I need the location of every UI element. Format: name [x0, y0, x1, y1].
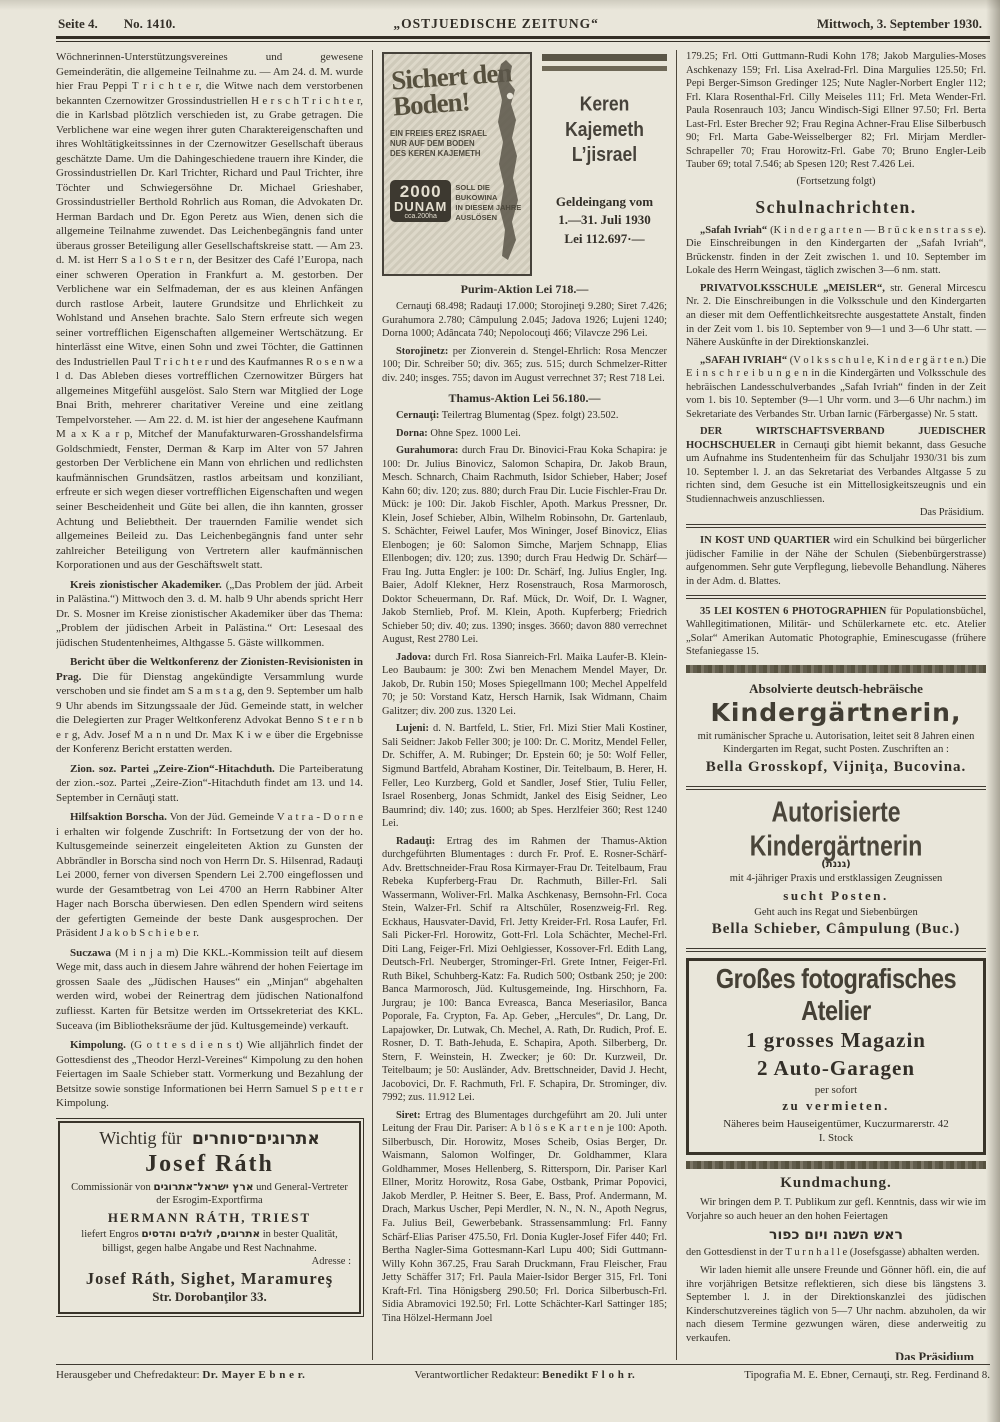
- article-lead: Jadova:: [396, 652, 431, 663]
- article-akademiker: Kreis zionistischer Akademiker. („Das Pr…: [56, 578, 363, 651]
- signature-praesidium: Das Präsidium.: [686, 507, 984, 518]
- divider-bar: [542, 66, 667, 71]
- article-wirtschaftsverband: DER WIRTSCHAFTSVERBAND JUEDISCHER HOCHSC…: [686, 425, 986, 506]
- kundmachung-paragraph3: Wir laden hiemit alle unsere Freunde und…: [686, 1264, 986, 1345]
- ad-keren-kajemeth: Sichert den Boden! EIN FREIES EREZ ISRAE…: [382, 52, 667, 276]
- ad-sucht-posten: sucht Posten.: [686, 888, 986, 904]
- notice-photo-atelier: 35 LEI KOSTEN 6 PHOTOGRAPHIEN für Popula…: [686, 605, 986, 659]
- article-text: Teilertrag Blumentag (Spez. folgt) 23.50…: [442, 410, 619, 421]
- ad-josef-rath: Wichtig für אתרוגים־סוחרים Josef Ráth Co…: [58, 1121, 361, 1315]
- divider-bar: [686, 665, 986, 673]
- ad-item-magazin: 1 grosses Magazin: [695, 1027, 977, 1054]
- ad-wichtig-text: Wichtig für: [99, 1128, 182, 1149]
- ad-merchant-name: Josef Ráth: [68, 1151, 351, 1178]
- imprint-editor: Verantwortlicher Redakteur: Benedikt F l…: [415, 1369, 636, 1381]
- article-dorna: Dorna: Ohne Spez. 1000 Lei.: [382, 427, 667, 441]
- article-lead: „SAFAH IVRIAH“: [700, 355, 787, 366]
- ad-title: Großes fotografisches Atelier: [695, 963, 977, 1028]
- article-lead: Kimpolung.: [70, 1039, 126, 1051]
- article-safah-kindergarten: „Safah Ivriah“ (K i n d e r g a r t e n …: [686, 224, 986, 278]
- article-text: 179.25; Frl. Otti Guttmann-Rudi Kohn 178…: [686, 51, 986, 170]
- ad-body: mit 4-jähriger Praxis und erstklassigen …: [688, 872, 984, 886]
- article-lead: Kreis zionistischer Akademiker.: [70, 579, 222, 591]
- imprint-printer: Tipografia M. E. Ebner, Cernauţi, str. R…: [744, 1369, 990, 1381]
- heading-schulnachrichten: Schulnachrichten.: [686, 197, 986, 218]
- heading-kundmachung: Kundmachung.: [686, 1175, 986, 1192]
- continuation-note: (Fortsetzung folgt): [686, 176, 986, 187]
- article-cernauti: Cernauţi: Teilertrag Blumentag (Spez. fo…: [382, 409, 667, 423]
- ad-address-line1: Näheres beim Hauseigentümer, Kuczurmarer…: [723, 1118, 949, 1130]
- signature-line1: Das Präsidium: [895, 1350, 974, 1360]
- imprint-name: Dr. Mayer E b n e r.: [202, 1369, 305, 1381]
- article-kimpolung: Kimpolung. (G o t t e s d i e n s t) Wie…: [56, 1038, 363, 1111]
- ad-per-sofort: per sofort: [695, 1084, 977, 1096]
- column-middle: Sichert den Boden! EIN FREIES EREZ ISRAE…: [372, 50, 676, 1360]
- ad-body: mit rumänischer Sprache u. Autorisation,…: [688, 730, 984, 757]
- ad-qualifier: Absolvierte deutsch-hebräische: [686, 681, 986, 697]
- article-lead: Siret:: [396, 1110, 421, 1121]
- article-siret-continuation: 179.25; Frl. Otti Guttmann-Rudi Kohn 178…: [686, 50, 986, 172]
- hebrew-esrogim-lulavim-text: אתרוגים, לולבים והדסים: [141, 1228, 260, 1240]
- article-lead: „Safah Ivriah“: [700, 225, 767, 236]
- ad-boden-bottom: 2000 DUNAM cca.200ha SOLL DIE BUKOWINA I…: [390, 180, 524, 222]
- israel-map-silhouette-icon: [488, 60, 522, 265]
- ad-commission-line: Commissionär von ארץ ישראל־אתרוגים und G…: [68, 1181, 351, 1208]
- article-jadova: Jadova: durch Frl. Rosa Sianreich-Frl. M…: [382, 651, 667, 719]
- article-weltkonferenz: Bericht über die Weltkonferenz der Zioni…: [56, 655, 363, 757]
- badge-number: 2000: [394, 183, 447, 200]
- hebrew-esrogim-dealers-text: אתרוגים־סוחרים: [192, 1129, 320, 1149]
- imprint-label: Verantwortlicher Redakteur:: [415, 1369, 540, 1381]
- issue-number: No. 1410.: [124, 16, 176, 32]
- ad-address-line2: I. Stock: [819, 1132, 853, 1144]
- ad-title: Autorisierte Kindergärtnerin: [686, 795, 986, 863]
- issue-date: Mittwoch, 3. September 1930.: [817, 16, 982, 32]
- article-gurahumora: Gurahumora: durch Frau Dr. Binovici-Frau…: [382, 444, 667, 647]
- article-lead: Gurahumora:: [396, 445, 458, 456]
- columns: Wöchnerinnen-Unterstützungsvereines und …: [0, 42, 1000, 1360]
- ad-fotografisches-atelier: Großes fotografisches Atelier 1 grosses …: [686, 958, 986, 1155]
- article-text: Die für Dienstag angekündigte Versammlun…: [56, 671, 363, 756]
- article-text: Wöchnerinnen-Unterstützungsvereines und …: [56, 51, 363, 571]
- article-suczawa: Suczawa (M i n j a m) Die KKL.-Kommissio…: [56, 946, 363, 1033]
- article-radauti: Radauţi: Ertrag des im Rahmen der Thamus…: [382, 835, 667, 1105]
- ad-sichert-den-boden: Sichert den Boden! EIN FREIES EREZ ISRAE…: [382, 52, 532, 276]
- newspaper-title: „OSTJUEDISCHE ZEITUNG“: [393, 16, 598, 32]
- article-storojinetz: Storojinetz: per Zionverein d. Stengel-E…: [382, 345, 667, 386]
- notice-lead: IN KOST UND QUARTIER: [700, 535, 830, 546]
- article-text: Wir bringen dem P. T. Publikum zur gefl.…: [686, 1197, 986, 1222]
- ad-contact-name: Josef Ráth, Sighet, Maramureş: [68, 1269, 351, 1289]
- ad-contact: Bella Grosskopf, Vijniţa, Bucovina.: [686, 759, 986, 776]
- article-lead: Suczawa: [70, 947, 111, 959]
- article-lead: Lujeni:: [396, 723, 429, 734]
- masthead: Seite 4. No. 1410. „OSTJUEDISCHE ZEITUNG…: [0, 0, 1000, 36]
- article-text: Von der Jüd. Gemeinde V a t r a - D o r …: [56, 811, 363, 939]
- badge-area: cca.200ha: [394, 213, 447, 220]
- column-left: Wöchnerinnen-Unterstützungsvereines und …: [56, 50, 372, 1360]
- article-siret: Siret: Ertrag des Blumentages durchgefüh…: [382, 1109, 667, 1325]
- article-text: Ertrag des im Rahmen der Thamus-Aktion d…: [382, 836, 667, 1104]
- article-text: Cernauţi 68.498; Radauţi 17.000; Storoji…: [382, 301, 667, 339]
- ad-kkl-receipts: Geldeingang vom 1.—31. Juli 1930 Lei 112…: [542, 193, 667, 250]
- ad-kkl-title: Keren Kajemeth L’jisrael: [542, 92, 667, 167]
- ad-text: Commissionär von: [71, 1182, 151, 1193]
- article-zeire-zion: Zion. soz. Partei „Zeire-Zion“-Hitachdut…: [56, 762, 363, 806]
- article-text: Ertrag des Blumentages durchgeführt am 2…: [382, 1110, 667, 1324]
- article-text: durch Frau Dr. Binovici-Frau Koka Schapi…: [382, 445, 667, 645]
- ad-title: Kindergärtnerin,: [686, 698, 986, 727]
- article-safah-volksschule: „SAFAH IVRIAH“ (V o l k s s c h u l e, K…: [686, 354, 986, 422]
- article-lead: Zion. soz. Partei „Zeire-Zion“-Hitachdut…: [70, 763, 275, 775]
- column-right: 179.25; Frl. Otti Guttmann-Rudi Kohn 178…: [676, 50, 990, 1360]
- ad-text: liefert Engros: [81, 1229, 138, 1240]
- article-lead: Storojinetz:: [396, 346, 448, 357]
- hebrew-rosh-hashana-yom-kippur-text: ראש השנה ויום כפור: [686, 1227, 986, 1243]
- hebrew-erez-israel-text: ארץ ישראל־אתרוגים: [153, 1181, 253, 1193]
- kundmachung-paragraph2: den Gottesdienst in der T u r n h a l l …: [686, 1246, 986, 1260]
- article-text: d. N. Bartfeld, L. Stier, Frl. Mizi Stie…: [382, 723, 667, 829]
- imprint-footer: Herausgeber und Chefredakteur: Dr. Mayer…: [56, 1364, 990, 1381]
- ad-delivery-line: liefert Engros אתרוגים, לולבים והדסים in…: [68, 1228, 351, 1255]
- dunam-badge: 2000 DUNAM cca.200ha: [390, 180, 451, 222]
- ad-kindergaertnerin-grosskopf: Absolvierte deutsch-hebräische Kindergär…: [686, 679, 986, 780]
- ad-kindergaertnerin-schieber: Autorisierte Kindergärtnerin (גננת) mit …: [686, 796, 986, 942]
- notice-kost-quartier: IN KOST UND QUARTIER wird ein Schulkind …: [686, 534, 986, 588]
- ad-headline: Wichtig für אתרוגים־סוחרים: [68, 1128, 351, 1149]
- divider-rule: [686, 786, 986, 790]
- article-text: Ohne Spez. 1000 Lei.: [430, 428, 520, 439]
- article-lead: Cernauţi:: [396, 410, 439, 421]
- ad-contact: Bella Schieber, Câmpulung (Buc.): [686, 921, 986, 938]
- article-text: (M i n j a m) Die KKL.-Kommission teilt …: [56, 947, 363, 1032]
- article-text: den Gottesdienst in der T u r n h a l l …: [686, 1247, 980, 1258]
- article-lead: Radauţi:: [396, 836, 435, 847]
- imprint-label: Herausgeber und Chefredakteur:: [56, 1369, 200, 1381]
- signature-kinderschutz-verein: Das Präsidium des jüd. Kinderschutz-Vere…: [686, 1349, 974, 1360]
- article-text: Wir laden hiemit alle unsere Freunde und…: [686, 1265, 986, 1344]
- newspaper-page: Seite 4. No. 1410. „OSTJUEDISCHE ZEITUNG…: [0, 0, 1000, 1422]
- article-lead: Dorna:: [396, 428, 428, 439]
- badge-unit: DUNAM: [394, 200, 447, 213]
- article-borscha: Hilfsaktion Borscha. Von der Jüd. Gemein…: [56, 810, 363, 941]
- divider-bar: [686, 1161, 986, 1169]
- ad-address-label: Adresse :: [68, 1256, 351, 1267]
- notice-lead: 35 LEI KOSTEN 6 PHOTOGRAPHIEN: [700, 606, 886, 617]
- ad-zu-vermieten: zu vermieten.: [695, 1098, 977, 1114]
- ad-body: Geht auch ins Regat und Siebenbürgen: [688, 906, 984, 920]
- article-purim-totals: Cernauţi 68.498; Radauţi 17.000; Storoji…: [382, 300, 667, 341]
- ad-kkl-right: Keren Kajemeth L’jisrael Geldeingang vom…: [542, 52, 667, 276]
- heading-purim-aktion: Purim-Aktion Lei 718.—: [382, 282, 667, 297]
- imprint-publisher: Herausgeber und Chefredakteur: Dr. Mayer…: [56, 1369, 305, 1381]
- page-number: Seite 4.: [58, 16, 98, 32]
- article-lead: PRIVATVOLKSSCHULE „MEISLER“,: [700, 283, 885, 294]
- divider-bar: [542, 54, 667, 61]
- divider-rule: [686, 524, 986, 528]
- article-meisler: PRIVATVOLKSSCHULE „MEISLER“, str. Genera…: [686, 282, 986, 350]
- ad-address: Näheres beim Hauseigentümer, Kuczurmarer…: [695, 1117, 977, 1146]
- ad-firm-name: HERMANN RÁTH, TRIEST: [68, 1210, 351, 1226]
- masthead-left: Seite 4. No. 1410.: [58, 16, 175, 32]
- heading-thamus-aktion: Thamus-Aktion Lei 56.180.—: [382, 391, 667, 406]
- ad-boden-pledge: SOLL DIE BUKOWINA IN DIESEM JAHRE AUSLÖS…: [455, 183, 524, 222]
- article-lead: Hilfsaktion Borscha.: [70, 811, 167, 823]
- imprint-name: Benedikt F l o h r.: [542, 1369, 635, 1381]
- divider-rule: [686, 595, 986, 599]
- divider-rule: [686, 948, 986, 952]
- article-obituaries: Wöchnerinnen-Unterstützungsvereines und …: [56, 50, 363, 573]
- ad-item-garagen: 2 Auto-Garagen: [695, 1055, 977, 1082]
- article-lujeni: Lujeni: d. N. Bartfeld, L. Stier, Frl. M…: [382, 722, 667, 830]
- kundmachung-paragraph1: Wir bringen dem P. T. Publikum zur gefl.…: [686, 1196, 986, 1223]
- ad-contact-street: Str. Dorobanţilor 33.: [68, 1289, 351, 1305]
